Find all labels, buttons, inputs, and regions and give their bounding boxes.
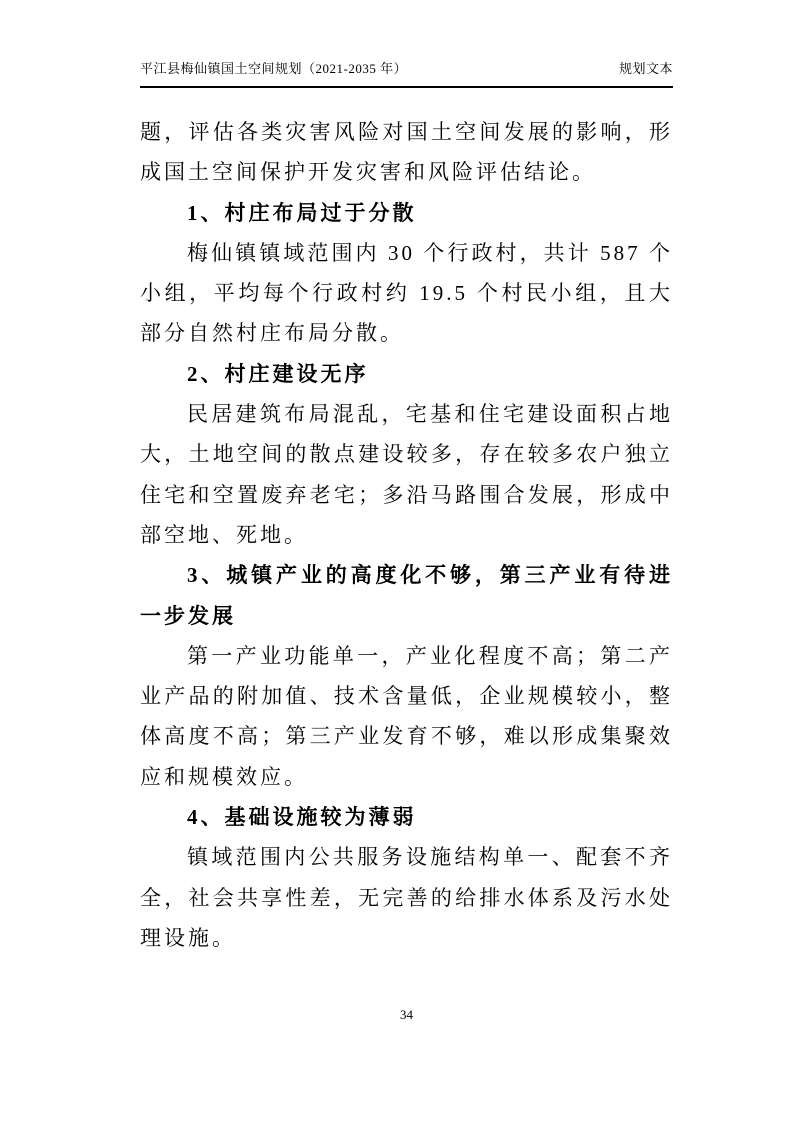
heading-2-village-construction: 2、村庄建设无序 [140, 354, 673, 394]
paragraph-village-layout: 梅仙镇镇域范围内 30 个行政村，共计 587 个小组，平均每个行政村约 19.… [140, 233, 673, 354]
heading-3-industry-upgrade: 3、城镇产业的高度化不够，第三产业有待进一步发展 [140, 555, 673, 636]
document-page: 平江县梅仙镇国土空间规划（2021-2035 年） 规划文本 题，评估各类灾害风… [0, 0, 793, 1122]
header-doc-type-label: 规划文本 [619, 61, 673, 77]
page-number: 34 [400, 1007, 413, 1022]
paragraph-risk-conclusion: 题，评估各类灾害风险对国土空间发展的影响，形成国土空间保护开发灾害和风险评估结论… [140, 112, 673, 193]
page-footer: 34 [140, 1007, 673, 1023]
paragraph-industry-upgrade: 第一产业功能单一，产业化程度不高；第二产业产品的附加值、技术含量低，企业规模较小… [140, 636, 673, 797]
document-body: 题，评估各类灾害风险对国土空间发展的影响，形成国土空间保护开发灾害和风险评估结论… [140, 112, 673, 958]
paragraph-village-construction: 民居建筑布局混乱，宅基和住宅建设面积占地大，土地空间的散点建设较多，存在较多农户… [140, 394, 673, 555]
header-document-title: 平江县梅仙镇国土空间规划（2021-2035 年） [140, 61, 407, 77]
page-header: 平江县梅仙镇国土空间规划（2021-2035 年） 规划文本 [140, 61, 673, 88]
paragraph-infrastructure: 镇域范围内公共服务设施结构单一、配套不齐全，社会共享性差，无完善的给排水体系及污… [140, 837, 673, 958]
heading-1-village-layout: 1、村庄布局过于分散 [140, 193, 673, 233]
heading-4-infrastructure: 4、基础设施较为薄弱 [140, 797, 673, 837]
